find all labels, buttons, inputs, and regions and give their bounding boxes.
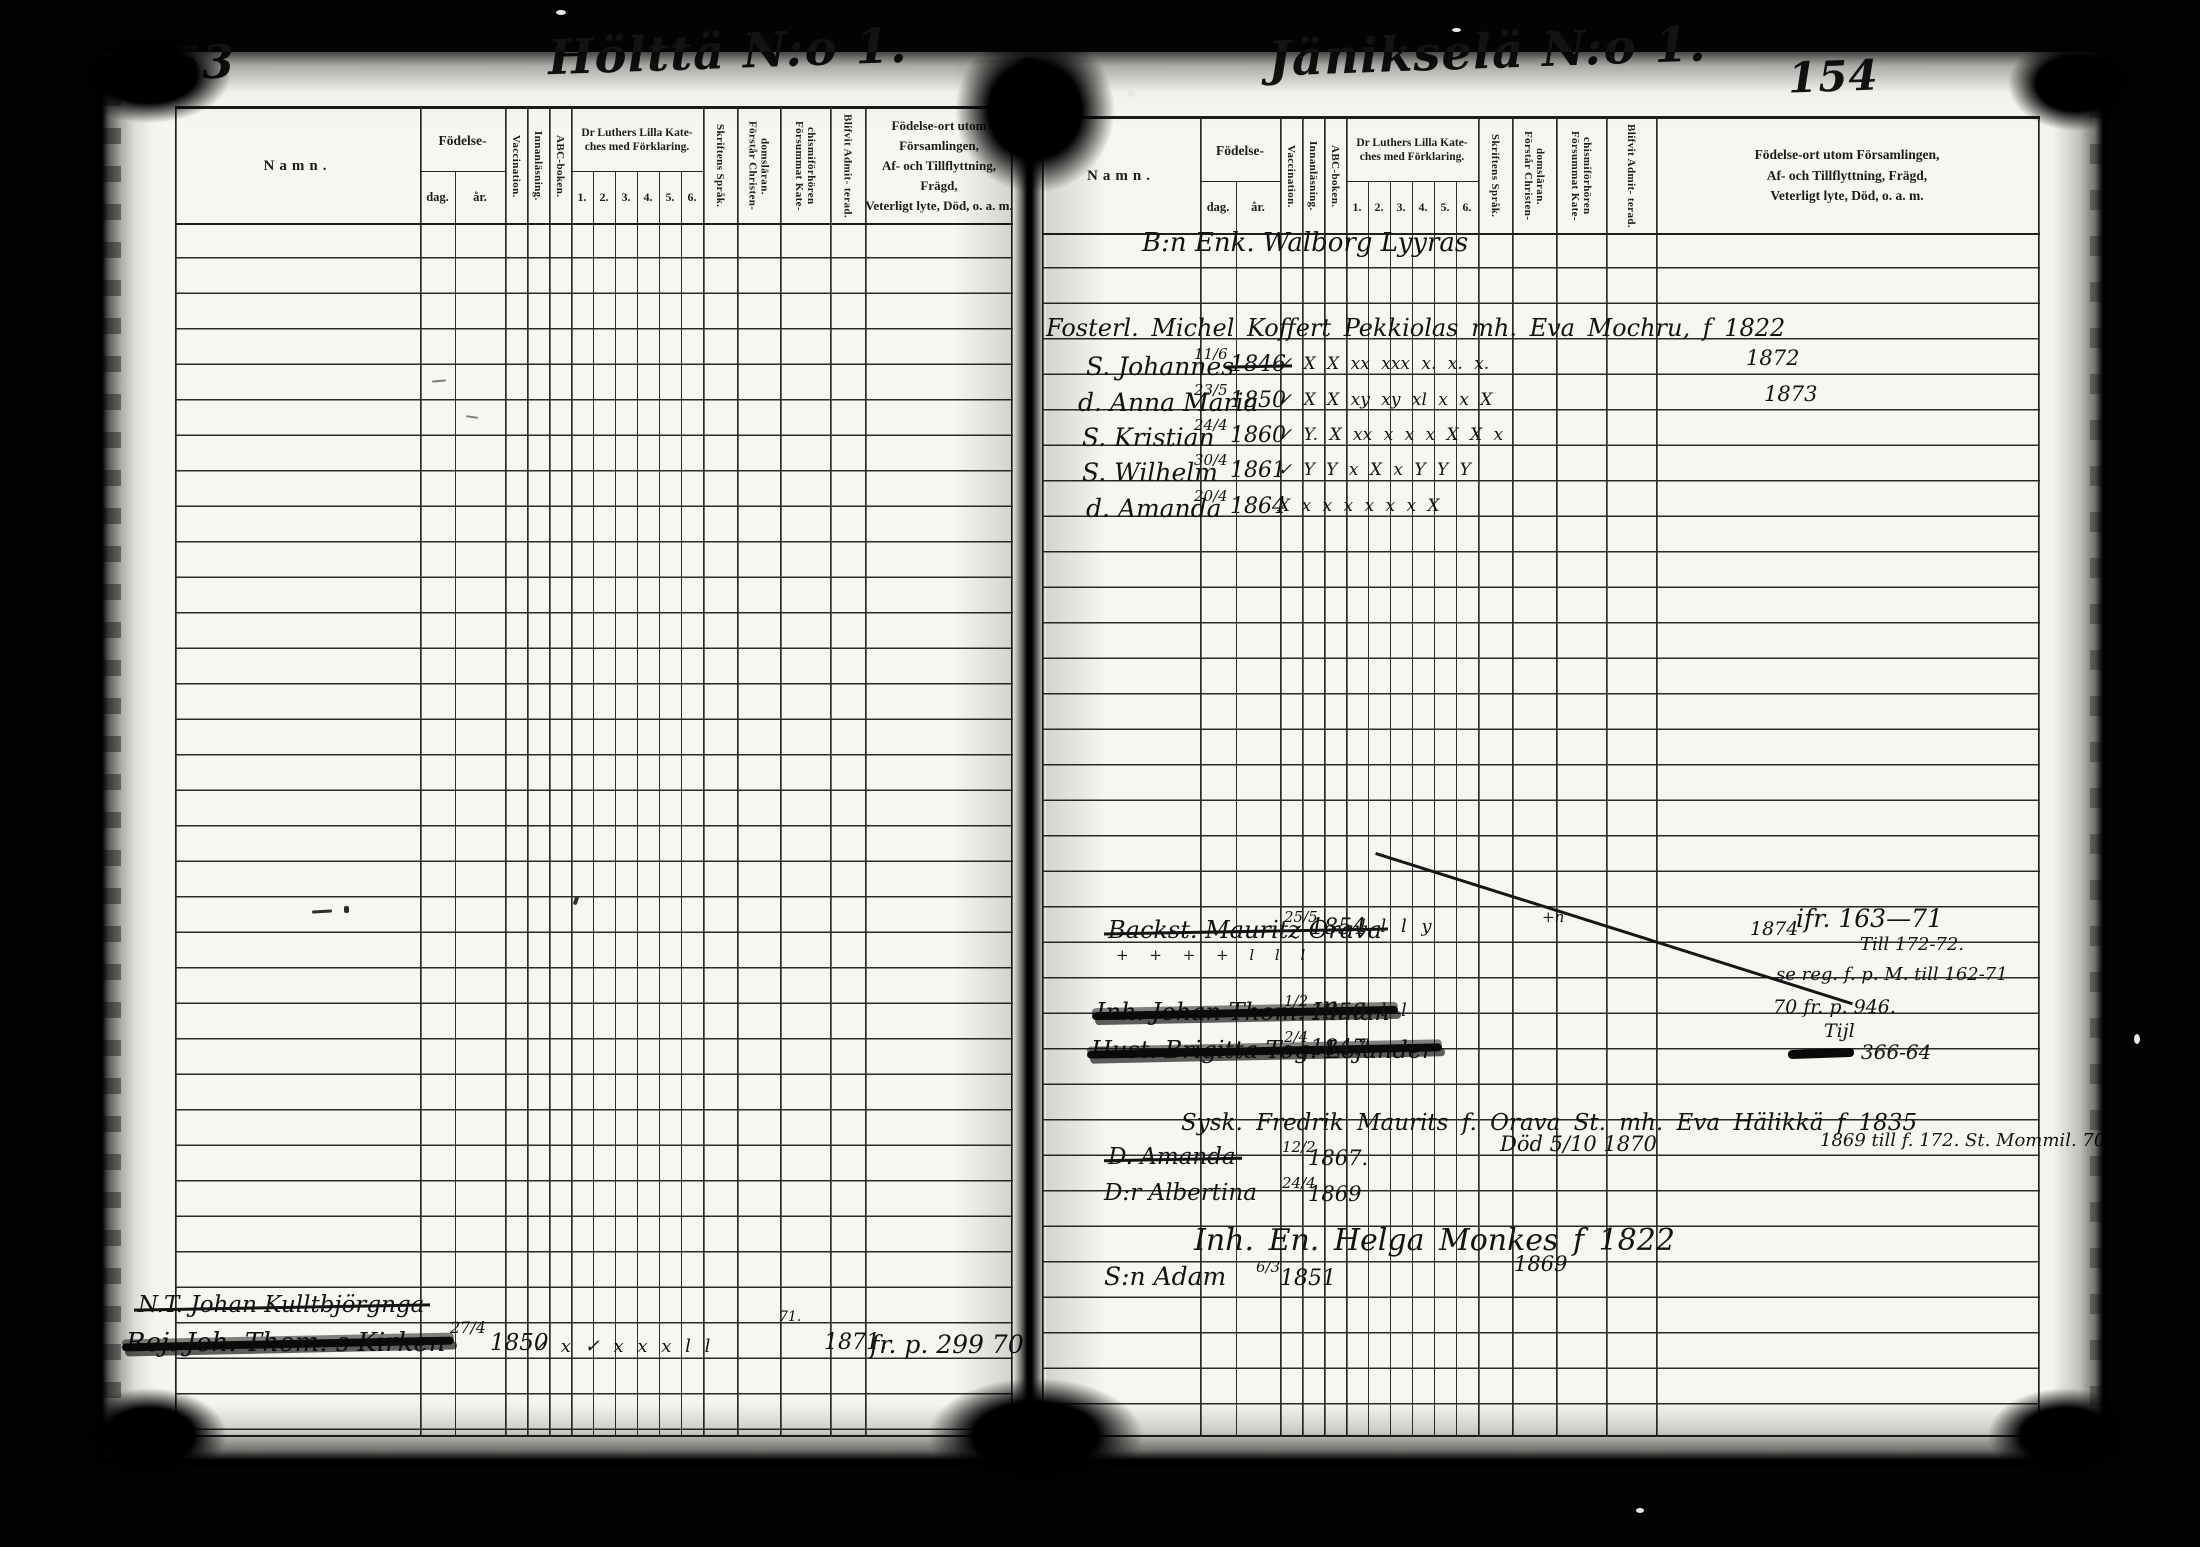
- col-header-k1: 1.: [1346, 181, 1368, 233]
- col-header-katekes: Dr Luthers Lilla Kate- ches med Förklari…: [1346, 123, 1478, 177]
- katekes-line2: ches med Förklaring.: [1360, 150, 1464, 164]
- scan-shadow-blob: [928, 1378, 1143, 1493]
- col-header-namn: Namn.: [175, 109, 420, 223]
- scan-dust-speck: [2134, 1034, 2140, 1044]
- entry-remark-sub: Till 172-72.: [1860, 936, 1964, 954]
- col-header-forsummat: Försummat Kate- chismiförhören: [780, 112, 830, 220]
- scan-shadow-blob: [2008, 36, 2143, 131]
- family3-head: Inh. En. Helga Monkes f 1822: [1194, 1226, 1675, 1256]
- scan-dust-speck: [1452, 28, 1461, 32]
- katekes-line1: Dr Luthers Lilla Kate-: [1356, 136, 1467, 150]
- col-header-k6: 6.: [1456, 181, 1478, 233]
- scan-dust-speck: [1128, 90, 1135, 97]
- col-header-innanlasning: Innanläsning.: [1302, 122, 1324, 230]
- col-header-dag: dag.: [420, 171, 455, 223]
- col-header-k4: 4.: [637, 171, 659, 223]
- entry-admitted-year: 1872: [1746, 348, 1799, 369]
- header-subline-katekes: [571, 171, 703, 172]
- family2-death-note: Död 5/10 1870: [1500, 1134, 1657, 1155]
- entry-remark-1: 70 fr. p. 946.: [1773, 998, 1896, 1017]
- col-header-forstar: Förstår Christen- domsläran.: [737, 112, 780, 220]
- entry-remark: se reg. f. p. M. till 162-71: [1776, 966, 2008, 984]
- header-subline-fodelse: [1200, 181, 1280, 182]
- entry-name-struck: Hust. Brigitta Tog. Lojander: [1091, 1038, 1434, 1062]
- col-header-skriftens-sprak: Skriftens Språk.: [703, 112, 737, 220]
- scan-shadow-blob: [66, 28, 231, 123]
- scan-shadow-blob: [955, 28, 1115, 193]
- col-header-k1: 1.: [571, 171, 593, 223]
- scan-shadow-blob: [72, 1388, 227, 1483]
- remarks-line2: Af- och Tillflyttning, Frägd,: [1767, 166, 1927, 187]
- entry-remark: ifr. 163—71: [1796, 906, 1943, 931]
- katekes-line1: Dr Luthers Lilla Kate-: [581, 126, 692, 140]
- header-subline-katekes: [1346, 181, 1478, 182]
- col-header-ar: år.: [455, 171, 505, 223]
- col-header-k6: 6.: [681, 171, 703, 223]
- col-header-dag: dag.: [1200, 181, 1236, 233]
- col-header-blifvit: Blifvit Admit- terad.: [830, 112, 865, 220]
- entry-birth-day: 1/2: [1284, 994, 1308, 1009]
- entry-admitted-year: 1874: [1750, 920, 1798, 939]
- entry-birth-year: 1854: [1310, 917, 1366, 939]
- entry-remark-3: 366-64: [1788, 1042, 1931, 1062]
- col-header-k5: 5.: [1434, 181, 1456, 233]
- entry-birth-year: 1867.: [1308, 1148, 1368, 1169]
- gutter-shade-left: [952, 60, 1012, 1450]
- table-grid-subcolumns: [175, 171, 1013, 1435]
- entry-forsummat-note: 71.: [779, 1310, 801, 1324]
- scanned-parish-register-spread: Namn. Födelse- dag. år. Vaccination. Inn…: [0, 0, 2200, 1547]
- entry-catechism-marks: X x x x x x x X: [1278, 498, 1440, 515]
- entry-birth-year: 1850: [1310, 1002, 1366, 1024]
- col-header-innanlasning: Innanläsning.: [527, 112, 549, 220]
- right-table-header: Namn. Födelse- dag. år. Vaccination. Inn…: [1042, 119, 2040, 235]
- entry-name: S:n Adam: [1104, 1264, 1226, 1289]
- col-header-fodelse: Födelse-: [1200, 127, 1280, 175]
- entry-birth-year: 1847: [1310, 1038, 1366, 1060]
- col-header-fodelse: Födelse-: [420, 117, 505, 165]
- col-header-remarks: Födelse-ort utom Församlingen, Af- och T…: [1656, 123, 2038, 229]
- book-gutter-shadow: [1012, 58, 1046, 1456]
- entry-birth-day: 6/3: [1256, 1260, 1280, 1275]
- scan-edge-left: [95, 52, 153, 1464]
- col-header-k5: 5.: [659, 171, 681, 223]
- entry-admitted-year: 1873: [1764, 384, 1817, 405]
- entry-catechism-marks: l l l: [1360, 1002, 1407, 1020]
- entry-remark-2: Tijl: [1824, 1022, 1855, 1041]
- family1-head: Fosterl. Michel Koffert Pekkiolas mh. Ev…: [1046, 316, 1785, 340]
- col-header-forsummat: Försummat Kate- chismiförhören: [1556, 122, 1606, 230]
- col-header-abc-boken: ABC-boken.: [1324, 122, 1346, 230]
- col-header-vaccination: Vaccination.: [1280, 122, 1302, 230]
- katekes-line2: ches med Förklaring.: [585, 140, 689, 154]
- entry-catechism-marks: l: [1364, 1038, 1370, 1056]
- entry-catechism-marks: ✓ X X xy xy xl x x X: [1278, 392, 1492, 409]
- entry-birth-year: 1869: [1308, 1184, 1361, 1205]
- col-header-k3: 3.: [615, 171, 637, 223]
- entry-birth-day: 27/4: [450, 1320, 486, 1336]
- col-header-k2: 2.: [593, 171, 615, 223]
- table-row-lines: [175, 223, 1013, 1435]
- col-header-blifvit: Blifvit Admit- terad.: [1606, 122, 1656, 230]
- entry-catechism-marks: ✓ Y Y x X x Y Y Y: [1278, 462, 1471, 479]
- remarks-line3: Veterligt lyte, Död, o. a. m.: [1770, 186, 1923, 207]
- entry-name: Rej. Joh. Thom. s Kirken: [126, 1330, 446, 1356]
- entry-name-struck: D. Amanda: [1108, 1146, 1236, 1169]
- col-header-k2: 2.: [1368, 181, 1390, 233]
- scan-shadow-blob: [1988, 1388, 2143, 1483]
- scan-dust-speck: [1636, 1508, 1644, 1513]
- gutter-shade-right: [1046, 60, 1106, 1450]
- col-header-skriftens-sprak: Skriftens Språk.: [1478, 122, 1512, 230]
- entry-birth-day: 11/6: [1194, 347, 1228, 362]
- entry-name: D:r Albertina: [1104, 1182, 1257, 1205]
- remarks-line1: Födelse-ort utom Församlingen,: [1755, 145, 1940, 166]
- entry-catechism-marks: ✓ Y. X xx x x x X X x: [1278, 427, 1503, 444]
- household-note: B:n Enk. Walborg Lyyras: [1142, 230, 1468, 256]
- entry-birth-day: 24/4: [1194, 418, 1228, 433]
- scan-dust-speck: [556, 10, 566, 15]
- col-header-k3: 3.: [1390, 181, 1412, 233]
- entry-extra-mark: +n: [1542, 910, 1564, 925]
- entry-catechism-marks: l l l y: [1360, 918, 1432, 936]
- scan-edge-right: [2050, 52, 2108, 1464]
- col-header-vaccination: Vaccination.: [505, 112, 527, 220]
- entry-birth-day: 2/4: [1284, 1030, 1308, 1045]
- col-header-ar: år.: [1236, 181, 1280, 233]
- entry-birth-day: 23/5: [1194, 383, 1228, 398]
- col-header-forstar: Förstår Christen- domsläran.: [1512, 122, 1556, 230]
- header-subline-fodelse: [420, 171, 505, 172]
- entry-catechism-marks: ✓ X X xx xxx x. x. x.: [1278, 356, 1489, 373]
- entry-birth-day: 30/4: [1194, 453, 1228, 468]
- entry-birth-day: 20/4: [1194, 489, 1228, 504]
- entry-catechism-marks: ✓ x ✓ x x x l l: [532, 1338, 710, 1356]
- entry-birth-year: 1851: [1280, 1268, 1336, 1290]
- table-grid-columns: [175, 109, 1013, 1435]
- col-header-abc-boken: ABC-boken.: [549, 112, 571, 220]
- stray-pen-mark: [344, 906, 349, 913]
- entry-sub-marks: + + + + l l l: [1116, 948, 1305, 963]
- col-header-katekes: Dr Luthers Lilla Kate- ches med Förklari…: [571, 113, 703, 167]
- entry-admitted-year: 1869: [1514, 1254, 1567, 1275]
- margin-note-name: N.T. Johan Kulltbjörgnga: [138, 1294, 424, 1317]
- left-page-table: Namn. Födelse- dag. år. Vaccination. Inn…: [175, 106, 1013, 1437]
- col-header-k4: 4.: [1412, 181, 1434, 233]
- left-table-header: Namn. Födelse- dag. år. Vaccination. Inn…: [175, 109, 1013, 225]
